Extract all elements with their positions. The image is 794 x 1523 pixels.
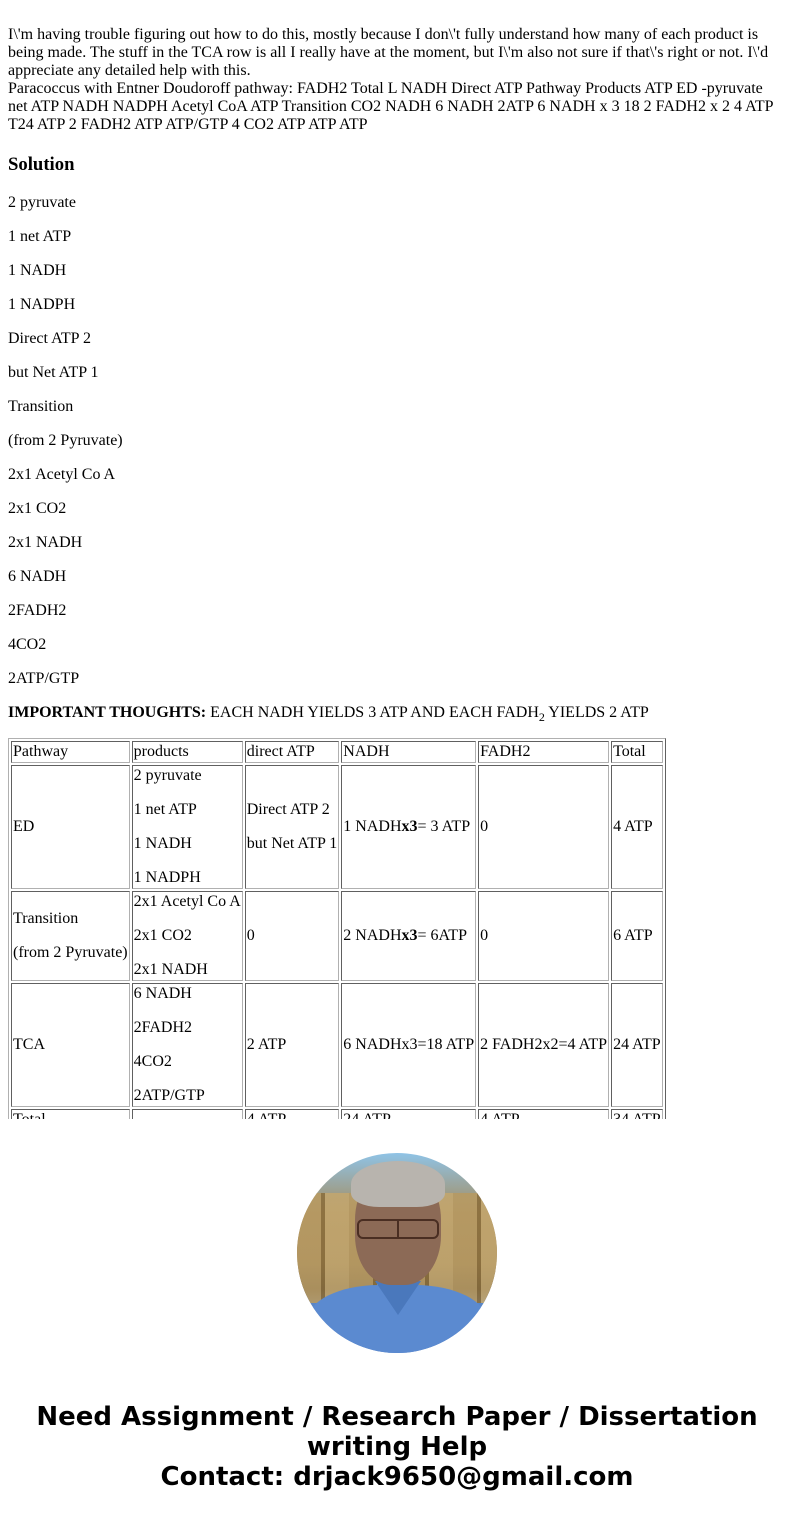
cell-total: 6 ATP (611, 891, 663, 981)
solution-line: 2ATP/GTP (8, 670, 786, 688)
promo-line-2: writing Help (0, 1432, 794, 1462)
product-item: 2x1 NADH (134, 961, 241, 979)
solution-line: Transition (8, 398, 786, 416)
cell-products: 2 pyruvate 1 net ATP 1 NADH 1 NADPH (132, 765, 243, 889)
tutor-avatar (297, 1153, 497, 1353)
cell-products: 6 NADH 2FADH2 4CO2 2ATP/GTP (132, 983, 243, 1107)
important-text-1: EACH NADH YIELDS 3 ATP AND EACH FADH (206, 704, 539, 721)
solution-line: 2 pyruvate (8, 194, 786, 212)
cell-pathway: ED (11, 765, 130, 889)
cell-total: 24 ATP (611, 983, 663, 1107)
nadh-prefix: 1 NADH (343, 818, 401, 835)
solution-line: (from 2 Pyruvate) (8, 432, 786, 450)
cell-fadh2: 0 (478, 891, 609, 981)
nadh-suffix: = 3 ATP (418, 818, 471, 835)
solution-line: 4CO2 (8, 636, 786, 654)
total-direct-atp: 4 ATP (245, 1109, 340, 1119)
avatar-glasses-icon (357, 1219, 439, 1239)
avatar-hair (351, 1161, 445, 1207)
promo-line-1: Need Assignment / Research Paper / Disse… (0, 1402, 794, 1432)
promo-contact: Contact: drjack9650@gmail.com (0, 1462, 794, 1492)
cell-fadh2: 2 FADH2x2=4 ATP (478, 983, 609, 1107)
question-paragraph: I\'m having trouble figuring out how to … (8, 26, 768, 79)
cell-nadh: 6 NADHx3=18 ATP (341, 983, 476, 1107)
header-pathway: Pathway (11, 741, 130, 763)
solution-line: 1 net ATP (8, 228, 786, 246)
product-item: 1 NADPH (134, 869, 241, 887)
total-total: 34 ATP (611, 1109, 663, 1119)
total-fadh2: 4 ATP (478, 1109, 609, 1119)
solution-line: 2FADH2 (8, 602, 786, 620)
header-nadh: NADH (341, 741, 476, 763)
pathway-name: Transition (13, 910, 128, 928)
nadh-multiplier: x3 (402, 818, 418, 835)
direct-atp-line: 0 (247, 927, 255, 944)
product-item: 1 NADH (134, 835, 241, 853)
product-item: 2 pyruvate (134, 767, 241, 785)
solution-line: 1 NADH (8, 262, 786, 280)
product-item: 2ATP/GTP (134, 1087, 241, 1105)
solution-lines: 2 pyruvate 1 net ATP 1 NADH 1 NADPH Dire… (8, 194, 786, 688)
product-item: 2x1 CO2 (134, 927, 241, 945)
cell-direct-atp: 0 (245, 891, 340, 981)
cell-pathway: Transition (from 2 Pyruvate) (11, 891, 130, 981)
pathway-note: (from 2 Pyruvate) (13, 944, 128, 962)
nadh-prefix: 6 NADHx3=18 ATP (343, 1036, 474, 1053)
table-row: Transition (from 2 Pyruvate) 2x1 Acetyl … (11, 891, 663, 981)
header-total: Total (611, 741, 663, 763)
direct-atp-line: but Net ATP 1 (247, 835, 338, 853)
page-content: I\'m having trouble figuring out how to … (0, 0, 794, 1119)
cell-direct-atp: 2 ATP (245, 983, 340, 1107)
important-text-2: YIELDS 2 ATP (545, 704, 649, 721)
important-thoughts: IMPORTANT THOUGHTS: EACH NADH YIELDS 3 A… (8, 704, 786, 722)
cell-pathway: TCA (11, 983, 130, 1107)
cell-fadh2: 0 (478, 765, 609, 889)
solution-line: but Net ATP 1 (8, 364, 786, 382)
question-text: I\'m having trouble figuring out how to … (8, 0, 786, 134)
cell-direct-atp: Direct ATP 2 but Net ATP 1 (245, 765, 340, 889)
table-header-row: Pathway products direct ATP NADH FADH2 T… (11, 741, 663, 763)
total-label: Total (11, 1109, 130, 1119)
product-item: 2FADH2 (134, 1019, 241, 1037)
table-total-row: Total 4 ATP 24 ATP 4 ATP 34 ATP (11, 1109, 663, 1119)
energy-yield-table: Pathway products direct ATP NADH FADH2 T… (8, 738, 666, 1119)
pathway-name: TCA (13, 1036, 45, 1053)
product-item: 1 net ATP (134, 801, 241, 819)
header-direct-atp: direct ATP (245, 741, 340, 763)
table-row: TCA 6 NADH 2FADH2 4CO2 2ATP/GTP 2 ATP 6 … (11, 983, 663, 1107)
header-fadh2: FADH2 (478, 741, 609, 763)
total-nadh: 24 ATP (341, 1109, 476, 1119)
important-label: IMPORTANT THOUGHTS: (8, 704, 206, 721)
total-products (132, 1109, 243, 1119)
solution-line: 2x1 NADH (8, 534, 786, 552)
header-products: products (132, 741, 243, 763)
cell-nadh: 1 NADHx3= 3 ATP (341, 765, 476, 889)
solution-line: Direct ATP 2 (8, 330, 786, 348)
nadh-prefix: 2 NADH (343, 927, 401, 944)
solution-line: 6 NADH (8, 568, 786, 586)
direct-atp-line: 2 ATP (247, 1036, 287, 1053)
question-paracoccus-line: Paracoccus with Entner Doudoroff pathway… (8, 80, 773, 133)
solution-line: 1 NADPH (8, 296, 786, 314)
table-container: Pathway products direct ATP NADH FADH2 T… (8, 738, 786, 1119)
nadh-multiplier: x3 (402, 927, 418, 944)
cell-nadh: 2 NADHx3= 6ATP (341, 891, 476, 981)
product-item: 2x1 Acetyl Co A (134, 893, 241, 911)
solution-heading: Solution (8, 154, 786, 176)
product-item: 6 NADH (134, 985, 241, 1003)
cell-total: 4 ATP (611, 765, 663, 889)
product-item: 4CO2 (134, 1053, 241, 1071)
solution-line: 2x1 CO2 (8, 500, 786, 518)
nadh-suffix: = 6ATP (418, 927, 467, 944)
direct-atp-line: Direct ATP 2 (247, 801, 338, 819)
table-row: ED 2 pyruvate 1 net ATP 1 NADH 1 NADPH D… (11, 765, 663, 889)
cell-products: 2x1 Acetyl Co A 2x1 CO2 2x1 NADH (132, 891, 243, 981)
pathway-name: ED (13, 818, 34, 835)
promo-banner: Need Assignment / Research Paper / Disse… (0, 1402, 794, 1492)
solution-line: 2x1 Acetyl Co A (8, 466, 786, 484)
